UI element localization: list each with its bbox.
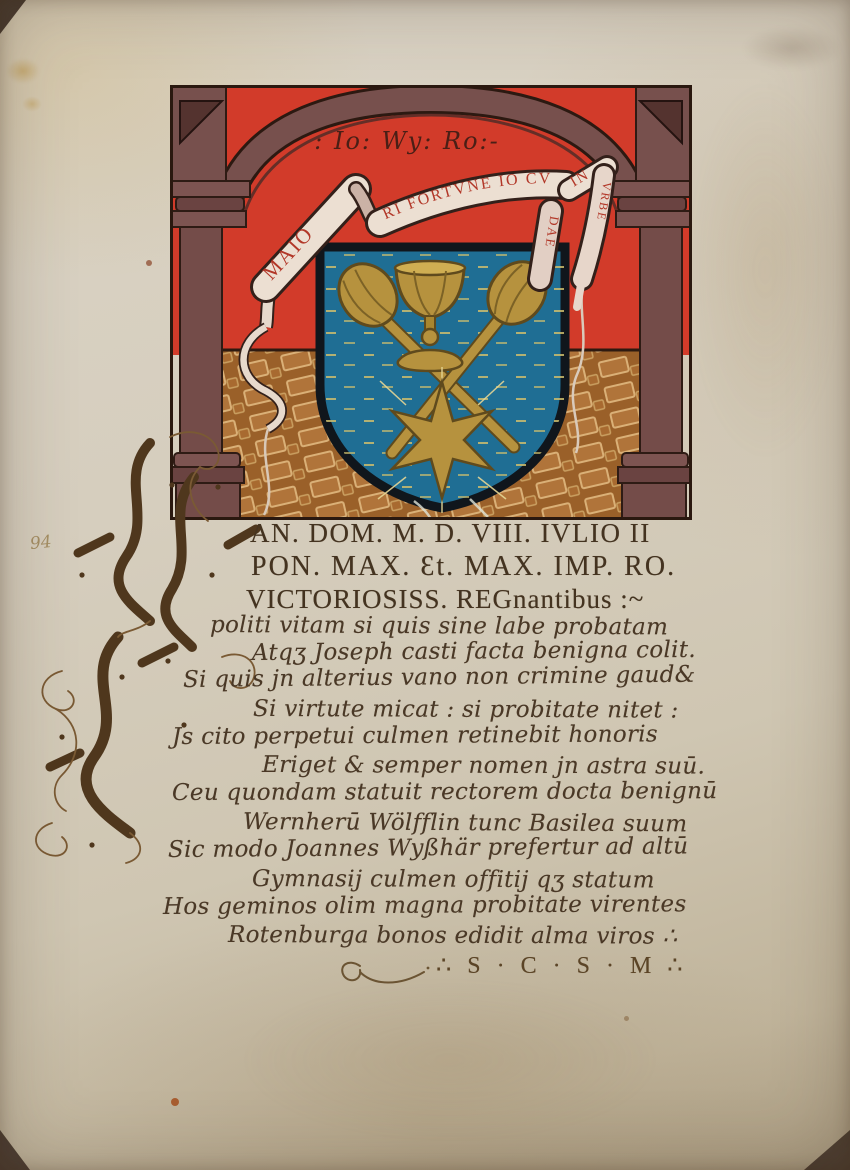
verse-line-6: Eriget & semper nomen jn astra suū. [262,752,705,780]
stain [624,1016,629,1021]
verse-line-1: politi vitam si quis sine labe probatam [210,612,668,640]
heading-line-2: PON. MAX. Ɛt. MAX. IMP. RO. [251,551,676,583]
titulus-text: : Io: Wy: Ro:- [314,127,500,155]
heading-line-1: AN. DOM. M. D. VIII. IVLIO II [250,518,651,549]
stain [22,96,42,112]
stain [171,1098,179,1106]
verse-line-5: Js cito perpetui culmen retinebit honori… [172,721,658,750]
heading-line-3: VICTORIOSISS. REGnantibus :~ [246,584,644,615]
page-corner-shadow [0,0,26,34]
verse-line-3: Si quis jn alterius vano non crimine gau… [183,662,696,693]
stain [146,260,152,266]
colophon-text: ∴ S · C · S · M ∴ [436,951,688,980]
verse-line-7: Ceu quondam statuit rectorem docta benig… [172,778,717,806]
stain [240,980,660,1140]
page-corner-shadow [804,1130,850,1170]
colophon-flourish [330,954,430,990]
verse-line-9: Sic modo Joannes Wyßhär prefertur ad alt… [168,833,688,863]
verse-line-10: Gymnasij culmen offitij qʒ statum [252,866,655,893]
faint-erased-mark [742,26,842,70]
stain [690,80,840,460]
page-corner-shadow [0,1130,30,1170]
verse-line-11: Hos geminos olim magna probitate virente… [163,891,687,920]
manuscript-page: MAIO RI FORTVNE IO CV DAE IN VRBE : Io: … [0,0,850,1170]
stain [6,58,40,84]
verse-line-4: Si virtute micat : si probitate nitet : [253,696,679,723]
verse-line-12: Rotenburga bonos edidit alma viros ∴ [228,922,678,950]
folio-number: 94 [29,532,53,554]
